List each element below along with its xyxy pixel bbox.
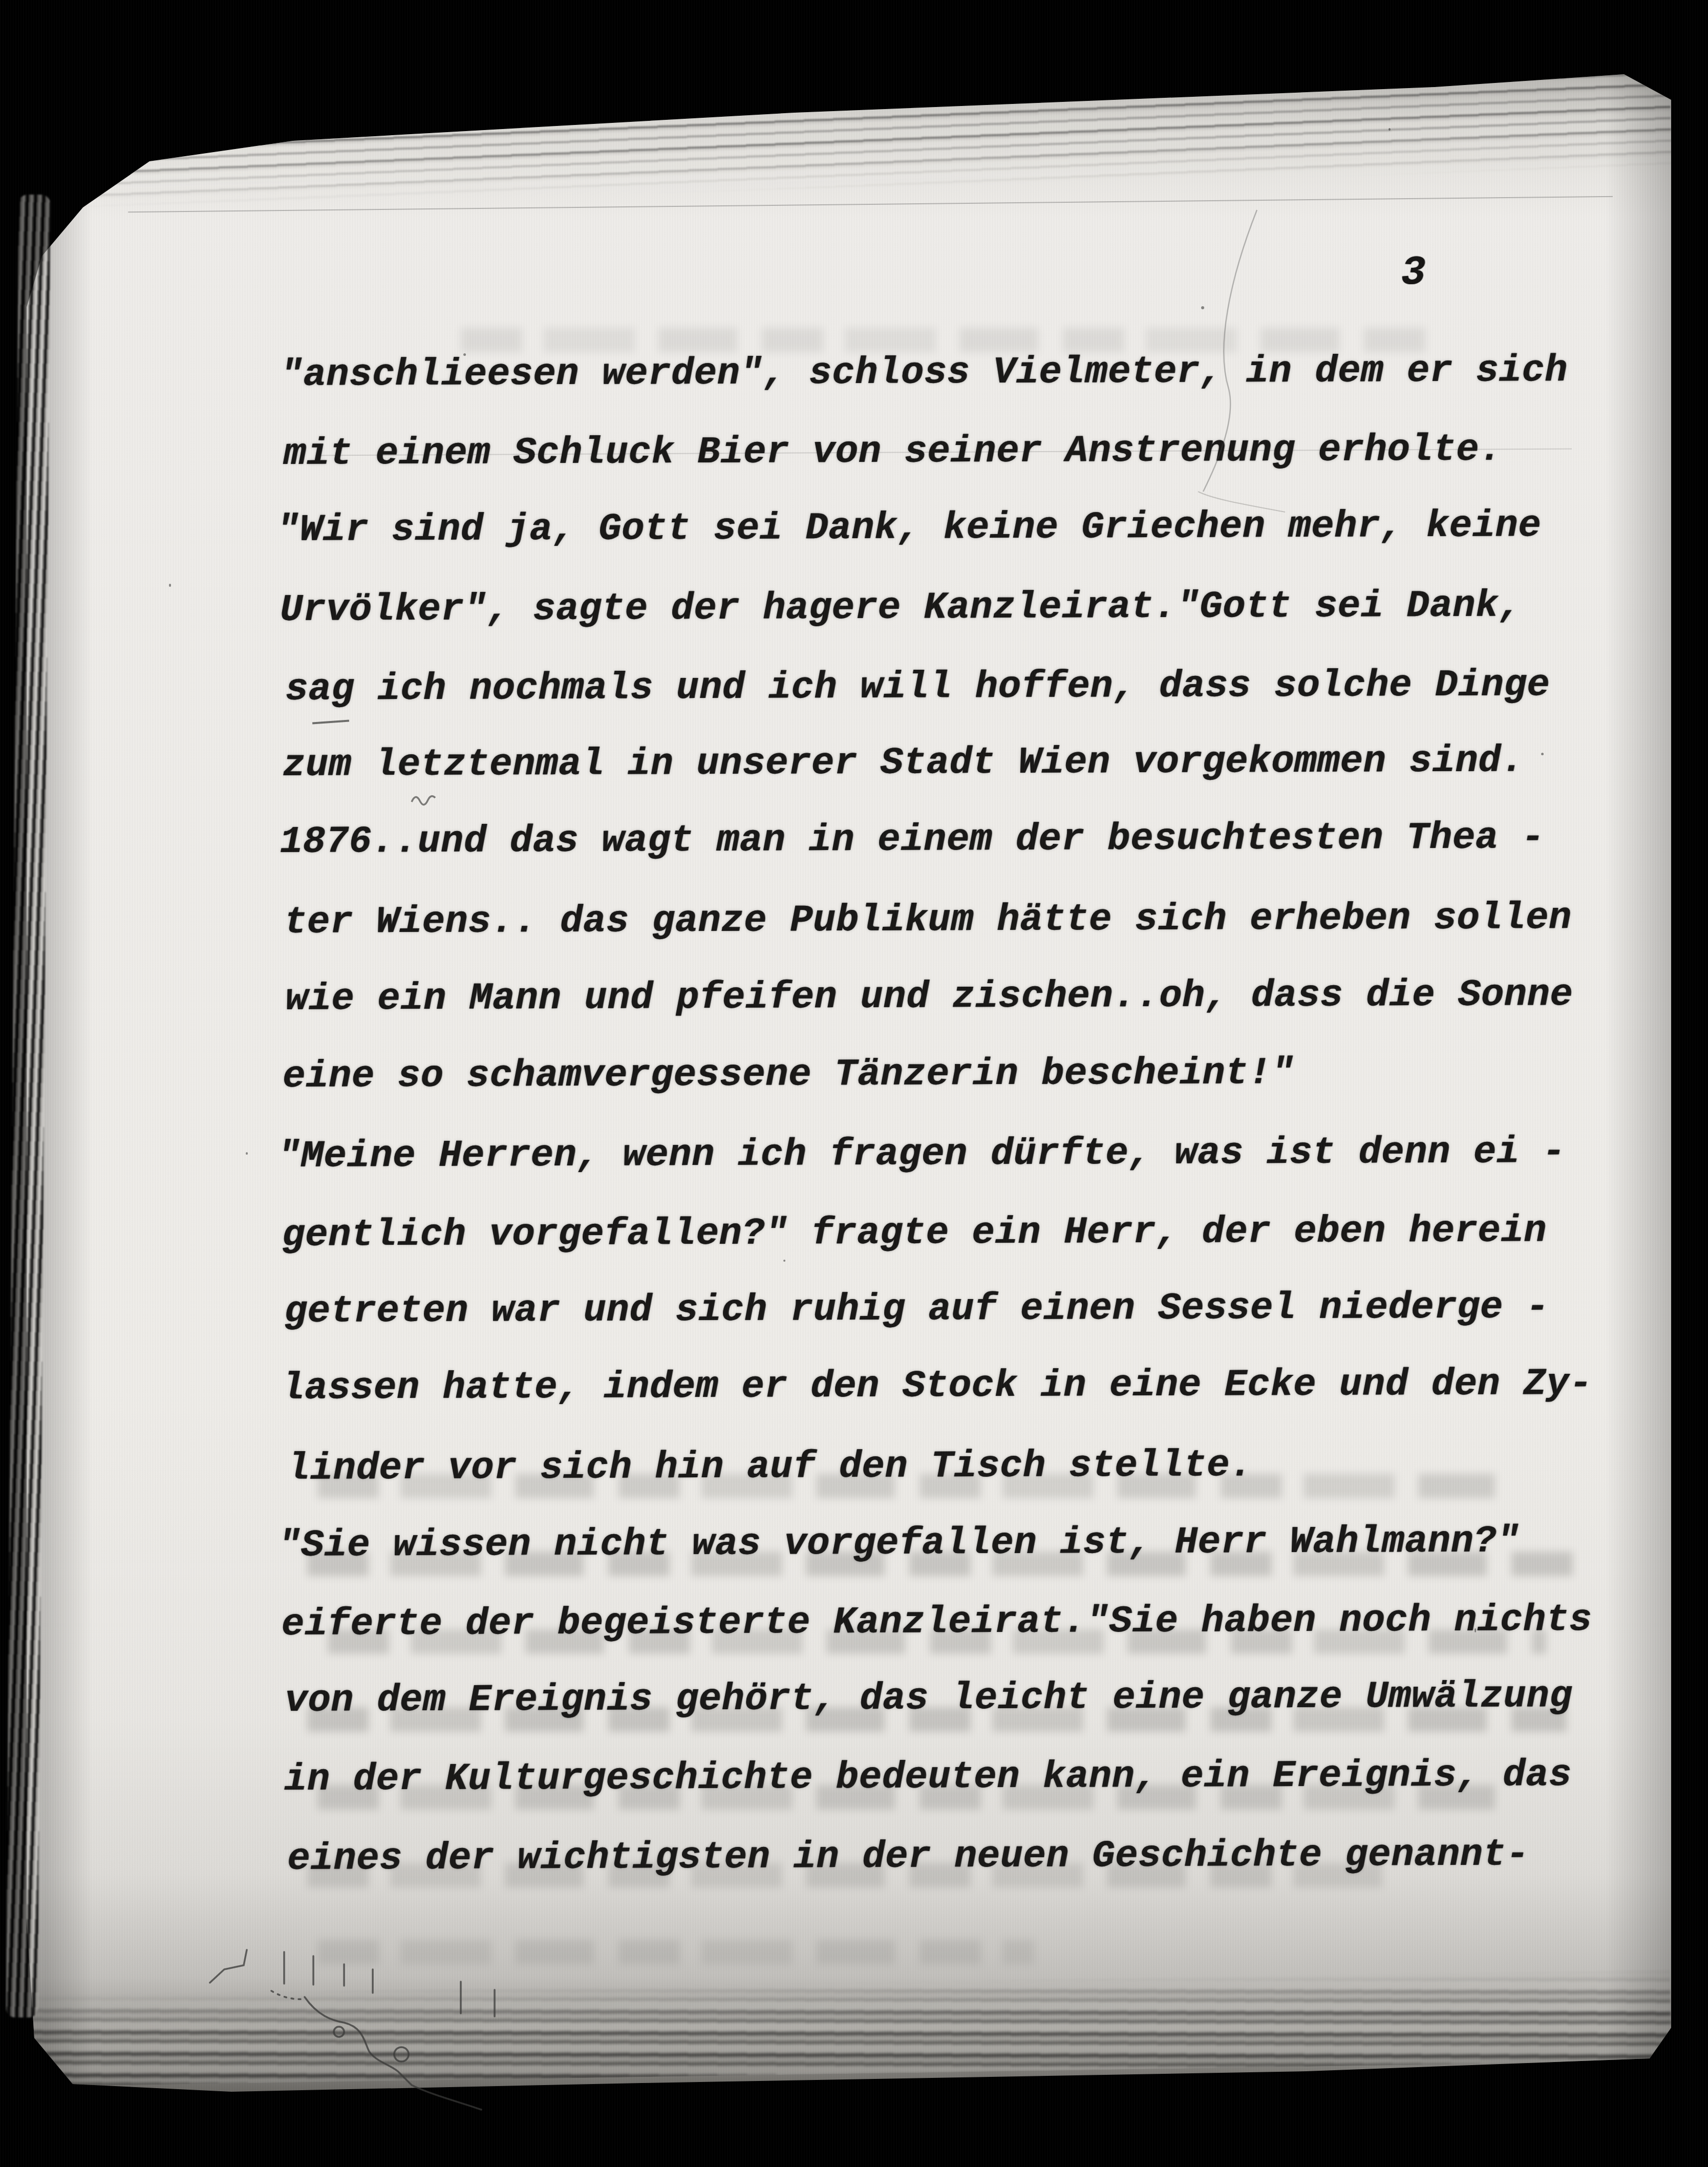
typed-line: lassen hatte, indem er den Stock in eine… [282,1365,1592,1408]
dust-speck [246,1152,248,1155]
typed-line: "Meine Herren, wenn ich fragen dürfte, w… [277,1133,1565,1176]
dust-speck [1541,753,1544,755]
typed-line: mit einem Schluck Bier von seiner Anstre… [284,431,1502,473]
dust-speck [1389,128,1391,131]
typed-line: gentlich vorgefallen?" fragte ein Herr, … [282,1212,1547,1255]
typed-line: von dem Ereignis gehört, das leicht eine… [285,1677,1572,1720]
typed-line: sag ich nochmals und ich will hoffen, da… [285,666,1550,709]
scanned-page-background: 3 "anschlieesen werden", schloss Vielmet… [0,0,1708,2167]
dust-speck [1475,1628,1476,1632]
typed-line: wie ein Mann und pfeifen und zischen..oh… [285,976,1573,1018]
dust-speck [463,353,466,356]
typed-line: eiferte der begeisterte Kanzleirat."Sie … [282,1601,1592,1644]
page-number: 3 [1401,253,1425,294]
typed-line: zum letztenmal in unserer Stadt Wien vor… [283,742,1524,784]
typed-line: "anschlieesen werden", schloss Vielmeter… [280,352,1568,394]
typed-line: ter Wiens.. das ganze Publikum hätte sic… [284,899,1572,942]
dust-speck [783,1260,785,1262]
dust-speck [169,584,171,587]
typed-line: 1876..und das wagt man in einem der besu… [280,819,1544,861]
typed-line: "Wir sind ja, Gott sei Dank, keine Griec… [276,507,1541,549]
typed-line: getreten war und sich ruhig auf einen Se… [284,1288,1549,1331]
typed-line: "Sie wissen nicht was vorgefallen ist, H… [278,1522,1520,1564]
typed-line: eine so schamvergessene Tänzerin beschei… [283,1054,1294,1096]
typed-line: in der Kulturgeschichte bedeuten kann, e… [284,1756,1572,1799]
typed-line: Urvölker", sagte der hagere Kanzleirat."… [280,587,1522,629]
typed-text-block: 3 "anschlieesen werden", schloss Vielmet… [0,0,1708,2167]
typed-line: eines der wichtigsten in der neuen Gesch… [287,1836,1529,1878]
dust-speck [1201,306,1204,309]
typed-line: linder vor sich hin auf den Tisch stellt… [287,1447,1252,1488]
